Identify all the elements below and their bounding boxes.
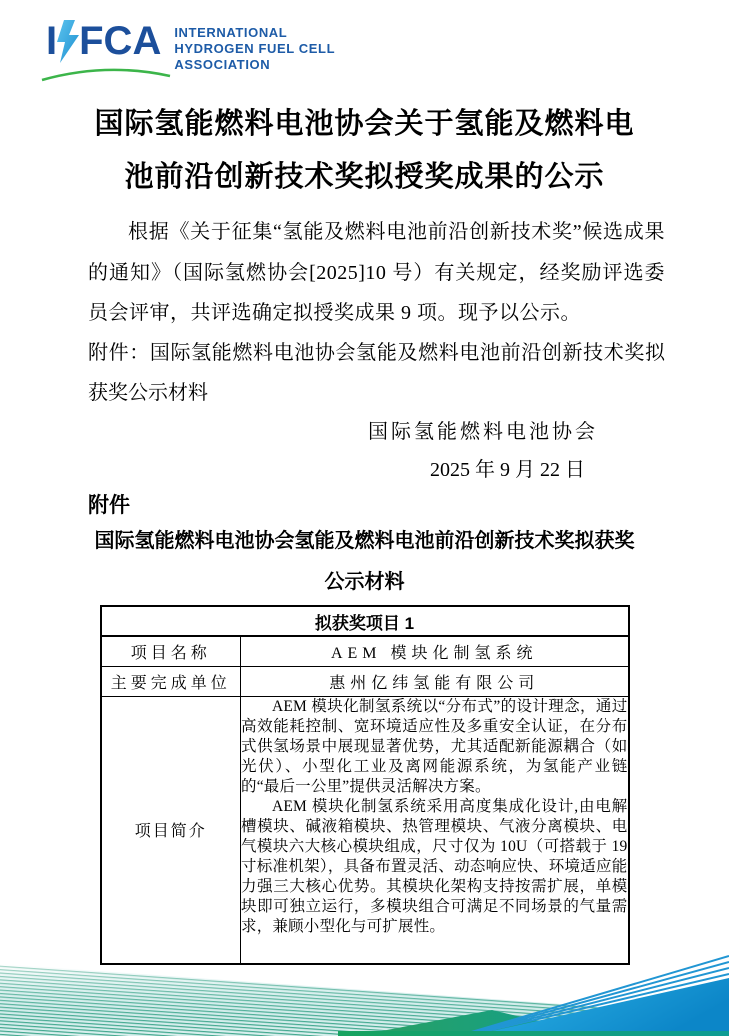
- project-intro-label: 项目简介: [101, 696, 241, 964]
- ihfca-logo-name: INTERNATIONAL HYDROGEN FUEL CELL ASSOCIA…: [174, 25, 335, 73]
- notice-title-line1: 国际氢能燃料电池协会关于氢能及燃料电: [94, 108, 634, 140]
- blue-wedge-decoration: [470, 978, 729, 1036]
- ihfca-logo: I FCA INTERNATIONAL HYD: [46, 20, 729, 74]
- logo-name-line1: INTERNATIONAL: [174, 25, 335, 41]
- green-triangle-decoration: [355, 1010, 600, 1036]
- project-intro-paragraph-2: AEM 模块化制氢系统采用高度集成化设计,由电解槽模块、碱液箱模块、热管理模块、…: [241, 797, 628, 937]
- project-name-value: AEM 模块化制氢系统: [241, 636, 629, 666]
- notice-title: 国际氢能燃料电池协会关于氢能及燃料电 池前沿创新技术奖拟授奖成果的公示: [20, 98, 709, 204]
- table-row: 主要完成单位 惠州亿纬氢能有限公司: [101, 666, 629, 696]
- notice-body: 根据《关于征集“氢能及燃料电池前沿创新技术奖”候选成果的通知》（国际氢燃协会[2…: [88, 212, 665, 489]
- award-project-table: 拟获奖项目 1 项目名称 AEM 模块化制氢系统 主要完成单位 惠州亿纬氢能有限…: [100, 605, 630, 965]
- attachment-heading-line1: 国际氢能燃料电池协会氢能及燃料电池前沿创新技术奖拟获奖: [95, 530, 635, 552]
- notice-title-line2: 池前沿创新技术奖拟授奖成果的公示: [124, 161, 604, 193]
- teal-bottom-strip-decoration: [338, 1031, 729, 1036]
- table-row: 项目名称 AEM 模块化制氢系统: [101, 636, 629, 666]
- lightning-bolt-icon: [55, 20, 82, 72]
- table-header-cell: 拟获奖项目 1: [101, 606, 629, 636]
- main-unit-value: 惠州亿纬氢能有限公司: [241, 666, 629, 696]
- notice-paragraph: 根据《关于征集“氢能及燃料电池前沿创新技术奖”候选成果的通知》（国际氢燃协会[2…: [88, 212, 665, 333]
- issue-date: 2025 年 9 月 22 日: [88, 451, 665, 489]
- logo-name-line3: ASSOCIATION: [174, 57, 335, 73]
- ihfca-logo-acronym: I FCA: [46, 20, 161, 72]
- table-header-row: 拟获奖项目 1: [101, 606, 629, 636]
- logo-name-line2: HYDROGEN FUEL CELL: [174, 41, 335, 57]
- project-name-label: 项目名称: [101, 636, 241, 666]
- table-row: 项目简介 AEM 模块化制氢系统以“分布式”的设计理念，通过高效能耗控制、宽环境…: [101, 696, 629, 964]
- attachment-heading-line2: 公示材料: [325, 571, 405, 593]
- project-intro-cell: AEM 模块化制氢系统以“分布式”的设计理念，通过高效能耗控制、宽环境适应性及多…: [241, 696, 629, 964]
- logo-letters-fca: FCA: [79, 20, 161, 62]
- attachment-heading: 国际氢能燃料电池协会氢能及燃料电池前沿创新技术奖拟获奖 公示材料: [40, 521, 689, 603]
- main-unit-label: 主要完成单位: [101, 666, 241, 696]
- project-intro-paragraph-1: AEM 模块化制氢系统以“分布式”的设计理念，通过高效能耗控制、宽环境适应性及多…: [241, 697, 628, 797]
- attachment-note-line: 附件：国际氢能燃料电池协会氢能及燃料电池前沿创新技术奖拟获奖公示材料: [88, 333, 665, 413]
- issuer-signature: 国际氢能燃料电池协会: [88, 413, 665, 451]
- green-stripes-decoration: [0, 964, 729, 1036]
- attachment-section-label: 附件: [88, 491, 729, 521]
- blue-pinstripes-decoration: [458, 956, 729, 1036]
- notice-document-page: I FCA INTERNATIONAL HYD: [0, 0, 729, 1036]
